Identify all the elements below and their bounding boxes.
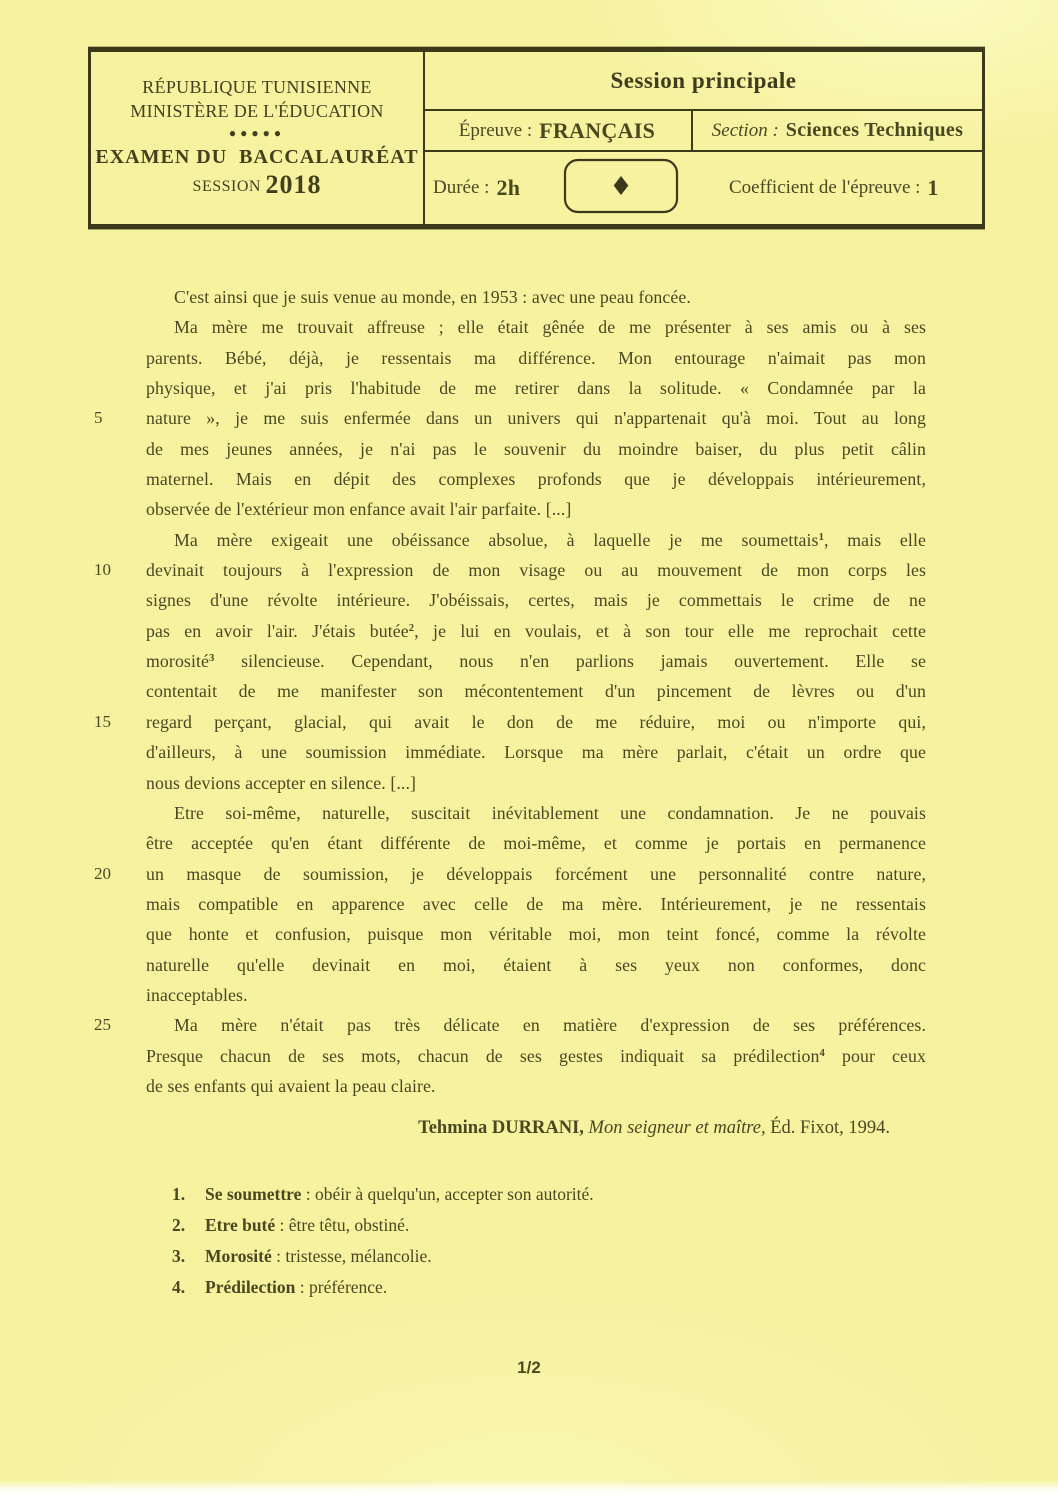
source-attribution: Tehmina DURRANI, Mon seigneur et maître,… (146, 1118, 890, 1139)
text-line: regard perçant, glacial, qui avait le do… (146, 707, 926, 737)
footnotes-list: 1. Se soumettre : obéir à quelqu'un, acc… (172, 1179, 594, 1303)
footnote-item: 4. Prédilection : préférence. (172, 1272, 594, 1303)
section-value: Sciences Techniques (786, 119, 963, 142)
footnote-ref: 2 (409, 622, 414, 634)
text-line: physique, et j'ai pris l'habitude de me … (146, 373, 926, 403)
epreuve-cell: Épreuve : FRANÇAIS (425, 111, 689, 150)
author-name: Tehmina DURRANI, (418, 1118, 584, 1138)
text-line: inacceptables. (146, 980, 926, 1010)
coefficient-cell: Coefficient de l'épreuve : 1 (729, 175, 939, 201)
footnote-number: 4. (172, 1272, 205, 1303)
text-line: naturelle qu'elle devinait en moi, étaie… (146, 950, 926, 980)
reading-passage: C'est ainsi que je suis venue au monde, … (146, 282, 926, 1101)
footnote-term: Morosité (205, 1241, 272, 1272)
footnote-ref: 4 (819, 1047, 824, 1059)
institution-block: RÉPUBLIQUE TUNISIENNE MINISTÈRE DE L'ÉDU… (91, 52, 423, 224)
line-number: 15 (94, 707, 134, 737)
duration-cell: Durée : 2h (433, 175, 520, 201)
text-line: observée de l'extérieur mon enfance avai… (146, 494, 926, 524)
line-number: 20 (94, 859, 134, 889)
footnote-number: 3. (172, 1241, 205, 1272)
text-line: Presque chacun de ses mots, chacun de se… (146, 1041, 926, 1071)
footnote-number: 1. (172, 1179, 205, 1210)
session-word: SESSION (193, 178, 261, 195)
footnote-definition: : tristesse, mélancolie. (272, 1241, 432, 1272)
notched-plaque-badge: ♦ (563, 158, 679, 214)
footnote-item: 1. Se soumettre : obéir à quelqu'un, acc… (172, 1179, 594, 1210)
publisher-info: Éd. Fixot, 1994. (770, 1118, 890, 1138)
footnote-definition: : être têtu, obstiné. (275, 1210, 409, 1241)
text-line: contentait de me manifester son méconten… (146, 676, 926, 706)
footnote-ref: 3 (209, 652, 214, 664)
text-line: de mes jeunes années, je n'ai pas le sou… (146, 434, 926, 464)
text-line: morosité3 silencieuse. Cependant, nous n… (146, 646, 926, 676)
text-line: Ma mère n'était pas très délicate en mat… (146, 1010, 926, 1040)
epreuve-label: Épreuve : (459, 120, 532, 142)
text-line: Ma mère me trouvait affreuse ; elle étai… (146, 312, 926, 342)
footnote-term: Prédilection (205, 1272, 295, 1303)
footnote-term: Se soumettre (205, 1179, 301, 1210)
diamond-icon: ♦ (609, 172, 632, 202)
footnote-item: 2. Etre buté : être têtu, obstiné. (172, 1210, 594, 1241)
footnote-number: 2. (172, 1210, 205, 1241)
duration-coefficient-row: Durée : 2h ♦ Coefficient de l'épreuve : … (425, 152, 982, 224)
text-line: devinait toujours à l'expression de mon … (146, 555, 926, 585)
footnote-definition: : préférence. (295, 1272, 387, 1303)
work-title: Mon seigneur et maître, (589, 1118, 766, 1138)
line-number: 25 (94, 1010, 134, 1040)
line-number: 5 (94, 403, 134, 433)
text-line: que honte et confusion, puisque mon véri… (146, 919, 926, 949)
session-year: 2018 (265, 170, 321, 199)
ministry-line: MINISTÈRE DE L'ÉDUCATION (130, 99, 383, 123)
text-line: pas en avoir l'air. J'étais butée2, je l… (146, 616, 926, 646)
exam-header-table: RÉPUBLIQUE TUNISIENNE MINISTÈRE DE L'ÉDU… (88, 47, 985, 229)
text-line: C'est ainsi que je suis venue au monde, … (146, 282, 926, 312)
text-line: d'ailleurs, à une soumission immédiate. … (146, 737, 926, 767)
text-line: un masque de soumission, je développais … (146, 859, 926, 889)
section-label: Section : (712, 120, 779, 142)
text-line: Etre soi-même, naturelle, suscitait inév… (146, 798, 926, 828)
dots-separator: ●●●●● (229, 124, 285, 142)
republic-line: RÉPUBLIQUE TUNISIENNE (142, 75, 371, 99)
duration-label: Durée : (433, 177, 489, 199)
exam-paper-page: RÉPUBLIQUE TUNISIENNE MINISTÈRE DE L'ÉDU… (0, 0, 1058, 1497)
epreuve-value: FRANÇAIS (539, 118, 655, 144)
text-line: de ses enfants qui avaient la peau clair… (146, 1071, 926, 1101)
text-line: Ma mère exigeait une obéissance absolue,… (146, 525, 926, 555)
session-year-line: SESSION 2018 (193, 170, 322, 202)
section-cell: Section : Sciences Techniques (693, 111, 982, 150)
exam-title: EXAMEN DU BACCALAURÉAT (95, 144, 418, 170)
session-title: Session principale (425, 52, 982, 109)
footnote-item: 3. Morosité : tristesse, mélancolie. (172, 1241, 594, 1272)
coefficient-label: Coefficient de l'épreuve : (729, 177, 920, 199)
footnote-ref: 1 (819, 531, 824, 543)
line-number: 10 (94, 555, 134, 585)
page-number: 1/2 (0, 1358, 1058, 1378)
scan-edge-artifact (0, 1480, 1058, 1497)
text-line: nature », je me suis enfermée dans un un… (146, 403, 926, 433)
footnote-term: Etre buté (205, 1210, 275, 1241)
text-line: être acceptée qu'en étant différente de … (146, 828, 926, 858)
duration-value: 2h (496, 175, 520, 201)
text-line: parents. Bébé, déjà, je ressentais ma di… (146, 343, 926, 373)
footnote-definition: : obéir à quelqu'un, accepter son autori… (301, 1179, 593, 1210)
coefficient-value: 1 (927, 175, 938, 201)
text-line: signes d'une révolte intérieure. J'obéis… (146, 585, 926, 615)
text-line: mais compatible en apparence avec celle … (146, 889, 926, 919)
text-line: maternel. Mais en dépit des complexes pr… (146, 464, 926, 494)
text-line: nous devions accepter en silence. [...] (146, 768, 926, 798)
